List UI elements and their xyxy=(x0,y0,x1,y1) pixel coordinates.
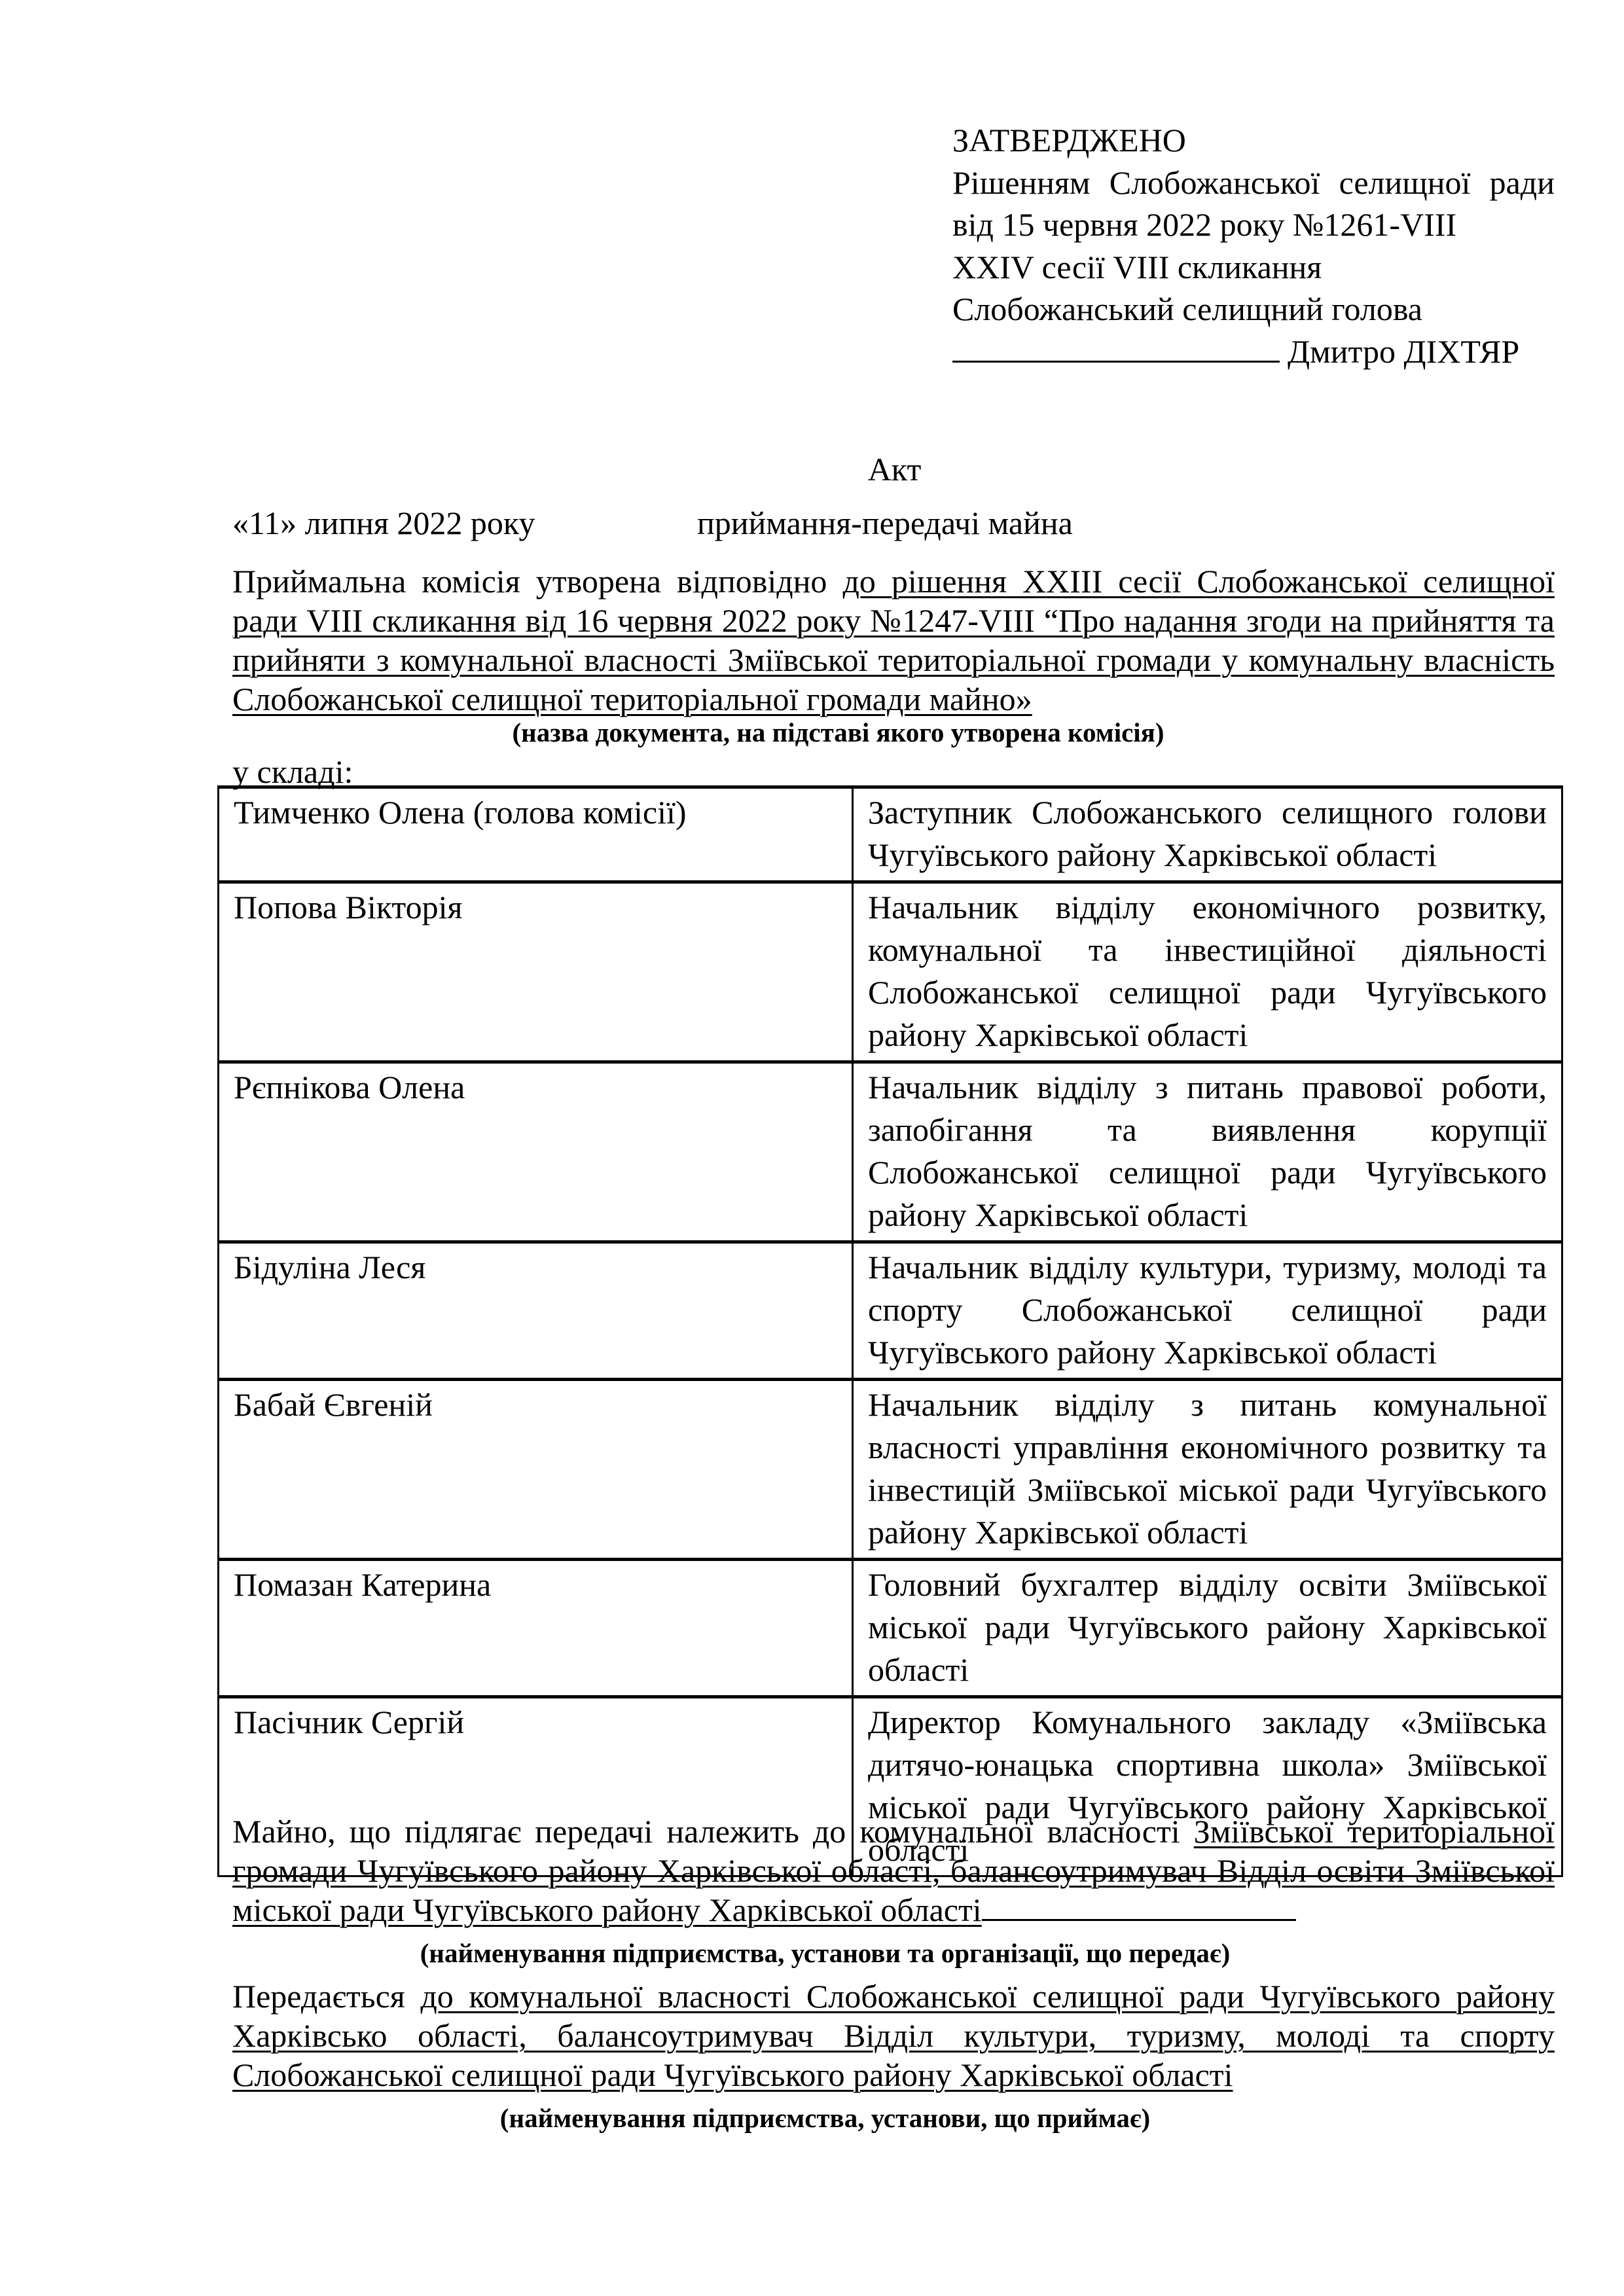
member-position: Начальник відділу з питань комунальної в… xyxy=(853,1380,1562,1560)
member-name: Бабай Євгеній xyxy=(219,1380,853,1560)
table-row: Тимченко Олена (голова комісії) Заступни… xyxy=(219,787,1562,882)
commission-basis-caption: (назва документа, на підставі якого утво… xyxy=(26,717,1624,748)
commission-members-table: Тимченко Олена (голова комісії) Заступни… xyxy=(217,785,1563,1877)
member-position: Заступник Слобожанського селищного голов… xyxy=(853,787,1562,882)
member-position: Начальник відділу економічного розвитку,… xyxy=(853,882,1562,1062)
act-title: Акт xyxy=(0,450,1624,488)
member-name: Тимченко Олена (голова комісії) xyxy=(219,787,853,882)
member-position: Начальник відділу культури, туризму, мол… xyxy=(853,1242,1562,1380)
transferor-blank-line xyxy=(982,1893,1296,1921)
transferee-lead: Передається xyxy=(232,1978,420,2015)
table-row: Бабай Євгеній Начальник відділу з питань… xyxy=(219,1380,1562,1560)
act-date-row: «11» липня 2022 рокуприймання-передачі м… xyxy=(232,504,1073,542)
document-page: ЗАТВЕРДЖЕНО Рішенням Слобожанської селищ… xyxy=(0,0,1624,2296)
member-name: Рєпнікова Олена xyxy=(219,1062,853,1242)
approval-heading: ЗАТВЕРДЖЕНО xyxy=(952,119,1555,162)
act-subtitle: приймання-передачі майна xyxy=(697,505,1073,541)
approval-decision-date: від 15 червня 2022 року №1261-VIII xyxy=(952,204,1555,246)
signatory-name: Дмитро ДІХТЯР xyxy=(1288,333,1519,370)
table-row: Бідуліна Леся Начальник відділу культури… xyxy=(219,1242,1562,1380)
transferee-paragraph: Передається до комунальної власності Сло… xyxy=(232,1977,1555,2094)
table-row: Помазан Катерина Головний бухгалтер відд… xyxy=(219,1560,1562,1697)
act-date: «11» липня 2022 року xyxy=(232,504,697,542)
member-position: Начальник відділу з питань правової робо… xyxy=(853,1062,1562,1242)
member-name: Бідуліна Леся xyxy=(219,1242,853,1380)
approval-head-title: Слобожанський селищний голова xyxy=(952,288,1555,331)
table-row: Рєпнікова Олена Начальник відділу з пита… xyxy=(219,1062,1562,1242)
approval-decision-line: Рішенням Слобожанської селищної ради xyxy=(952,162,1555,204)
approval-session: XXIV сесії VIII скликання xyxy=(952,246,1555,289)
transferor-paragraph: Майно, що підлягає передачі належить до … xyxy=(232,1812,1555,1929)
transferee-entity: до комунальної власності Слобожанської с… xyxy=(232,1978,1555,2093)
transferor-lead: Майно, що підлягає передачі належить до … xyxy=(232,1813,1194,1850)
transferor-caption: (найменування підприємства, установи та … xyxy=(13,1937,1624,1969)
act-title-text: Акт xyxy=(868,451,922,488)
commission-basis-lead: Приймальна комісія утворена відповідно xyxy=(232,563,842,600)
transferee-caption: (найменування підприємства, установи, що… xyxy=(13,2102,1624,2134)
member-name: Помазан Катерина xyxy=(219,1560,853,1697)
signature-blank xyxy=(952,332,1280,363)
approval-signature-line: Дмитро ДІХТЯР xyxy=(952,331,1555,373)
member-position: Головний бухгалтер відділу освіти Зміївс… xyxy=(853,1560,1562,1697)
member-name: Попова Вікторія xyxy=(219,882,853,1062)
approval-stamp-block: ЗАТВЕРДЖЕНО Рішенням Слобожанської селищ… xyxy=(952,119,1555,372)
commission-basis-paragraph: Приймальна комісія утворена відповідно д… xyxy=(232,562,1555,719)
table-row: Попова Вікторія Начальник відділу економ… xyxy=(219,882,1562,1062)
